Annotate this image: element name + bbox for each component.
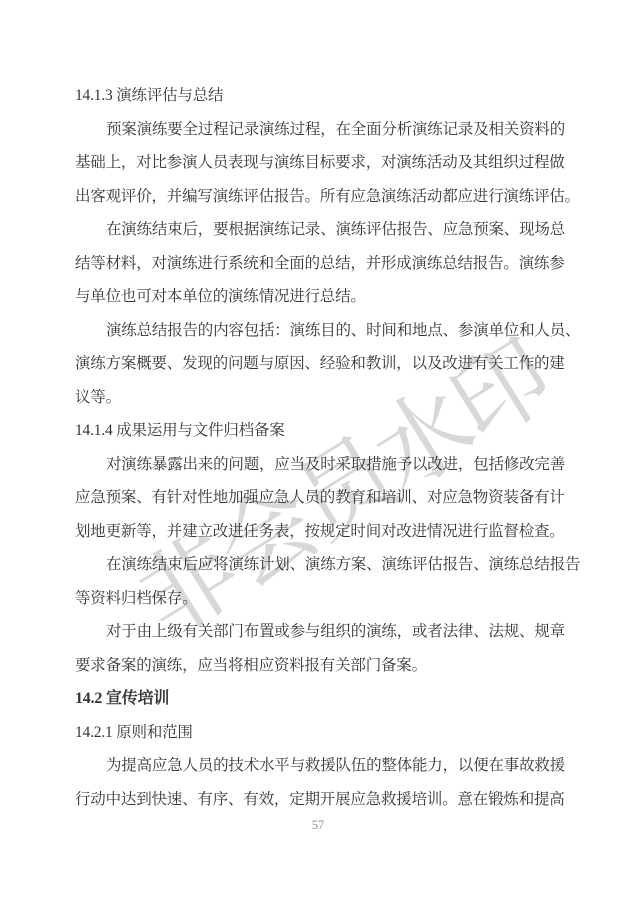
paragraph-line: 演练方案概要、发现的问题与原因、经验和教训，以及改进有关工作的建 [75, 347, 576, 381]
section-heading-14-2-1: 14.2.1 原则和范围 [75, 716, 576, 750]
paragraph-line: 与单位也可对本单位的演练情况进行总结。 [75, 280, 576, 314]
paragraph-line: 议等。 [75, 381, 576, 415]
section-heading-14-2: 14.2 宣传培训 [75, 682, 576, 716]
paragraph-line: 要求备案的演练，应当将相应资料报有关部门备案。 [75, 649, 576, 683]
paragraph-line: 预案演练要全过程记录演练过程，在全面分析演练记录及相关资料的 [75, 113, 576, 147]
document-body: 14.1.3 演练评估与总结 预案演练要全过程记录演练过程，在全面分析演练记录及… [0, 0, 636, 816]
paragraph-line: 等资料归档保存。 [75, 582, 576, 616]
paragraph-line: 演练总结报告的内容包括：演练目的、时间和地点、参演单位和人员、 [75, 314, 576, 348]
paragraph-line: 为提高应急人员的技术水平与救援队伍的整体能力，以便在事故救援 [75, 749, 576, 783]
paragraph-line: 划地更新等，并建立改进任务表，按规定时间对改进情况进行监督检查。 [75, 515, 576, 549]
paragraph-line: 基础上，对比参演人员表现与演练目标要求，对演练活动及其组织过程做 [75, 146, 576, 180]
section-heading-14-1-3: 14.1.3 演练评估与总结 [75, 79, 576, 113]
document-page: 非会员水印 14.1.3 演练评估与总结 预案演练要全过程记录演练过程，在全面分… [0, 0, 636, 900]
paragraph-line: 行动中达到快速、有序、有效，定期开展应急救援培训。意在锻炼和提高 [75, 783, 576, 817]
paragraph-line: 出客观评价，并编写演练评估报告。所有应急演练活动都应进行演练评估。 [75, 180, 576, 214]
paragraph-line: 在演练结束后，要根据演练记录、演练评估报告、应急预案、现场总 [75, 213, 576, 247]
paragraph-line: 应急预案、有针对性地加强应急人员的教育和培训、对应急物资装备有计 [75, 481, 576, 515]
paragraph-line: 对演练暴露出来的问题，应当及时采取措施予以改进，包括修改完善 [75, 448, 576, 482]
paragraph-line: 对于由上级有关部门布置或参与组织的演练，或者法律、法规、规章 [75, 615, 576, 649]
page-number: 57 [0, 818, 636, 833]
paragraph-line: 结等材料，对演练进行系统和全面的总结，并形成演练总结报告。演练参 [75, 247, 576, 281]
section-heading-14-1-4: 14.1.4 成果运用与文件归档备案 [75, 414, 576, 448]
paragraph-line: 在演练结束后应将演练计划、演练方案、演练评估报告、演练总结报告 [75, 548, 576, 582]
